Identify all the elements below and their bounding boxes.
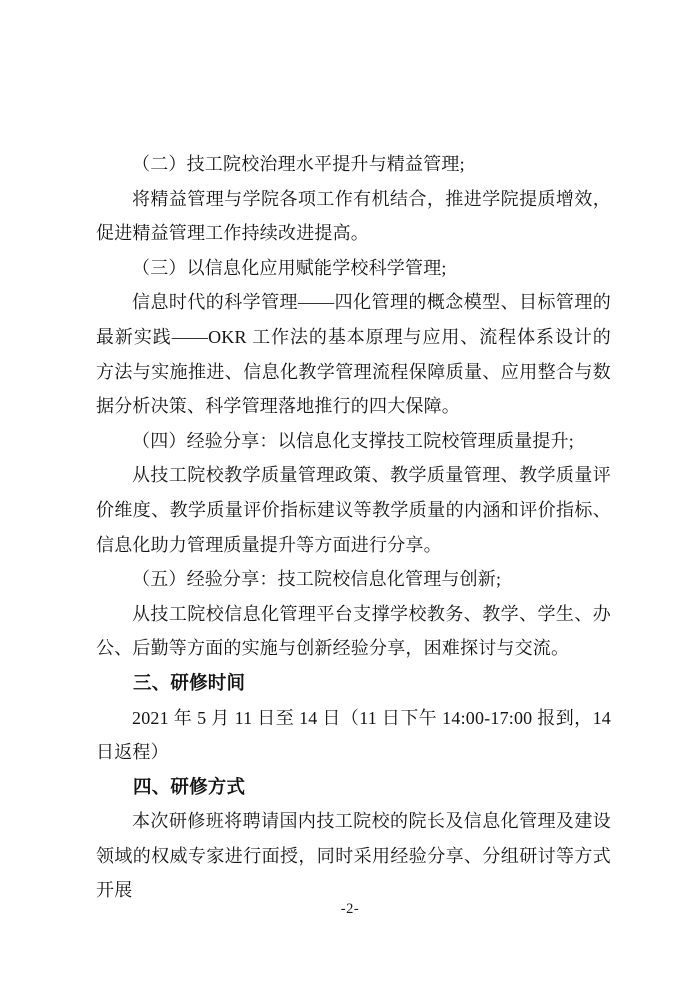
paragraph-item-3-title: （三）以信息化应用赋能学校科学管理;: [96, 251, 611, 286]
paragraph-training-time-body: 2021 年 5 月 11 日至 14 日（11 日下午 14:00-17:00…: [96, 701, 611, 770]
paragraph-training-method-body: 本次研修班将聘请国内技工院校的院长及信息化管理及建设领域的权威专家进行面授，同时…: [96, 804, 611, 908]
page-number: -2-: [0, 901, 700, 918]
paragraph-item-4-title: （四）经验分享：以信息化支撑技工院校管理质量提升;: [96, 424, 611, 459]
paragraph-item-4-body: 从技工院校教学质量管理政策、教学质量管理、教学质量评价维度、教学质量评价指标建议…: [96, 458, 611, 562]
paragraph-item-5-title: （五）经验分享：技工院校信息化管理与创新;: [96, 562, 611, 597]
section-heading-training-method: 四、研修方式: [96, 770, 611, 805]
document-body: （二）技工院校治理水平提升与精益管理; 将精益管理与学院各项工作有机结合，推进学…: [96, 147, 611, 908]
paragraph-item-5-body: 从技工院校信息化管理平台支撑学校教务、教学、学生、办公、后勤等方面的实施与创新经…: [96, 597, 611, 666]
document-page: （二）技工院校治理水平提升与精益管理; 将精益管理与学院各项工作有机结合，推进学…: [0, 0, 700, 990]
section-heading-training-time: 三、研修时间: [96, 666, 611, 701]
paragraph-item-3-body: 信息时代的科学管理——四化管理的概念模型、目标管理的最新实践——OKR 工作法的…: [96, 285, 611, 423]
paragraph-item-2-body: 将精益管理与学院各项工作有机结合，推进学院提质增效，促进精益管理工作持续改进提高…: [96, 182, 611, 251]
paragraph-item-2-title: （二）技工院校治理水平提升与精益管理;: [96, 147, 611, 182]
